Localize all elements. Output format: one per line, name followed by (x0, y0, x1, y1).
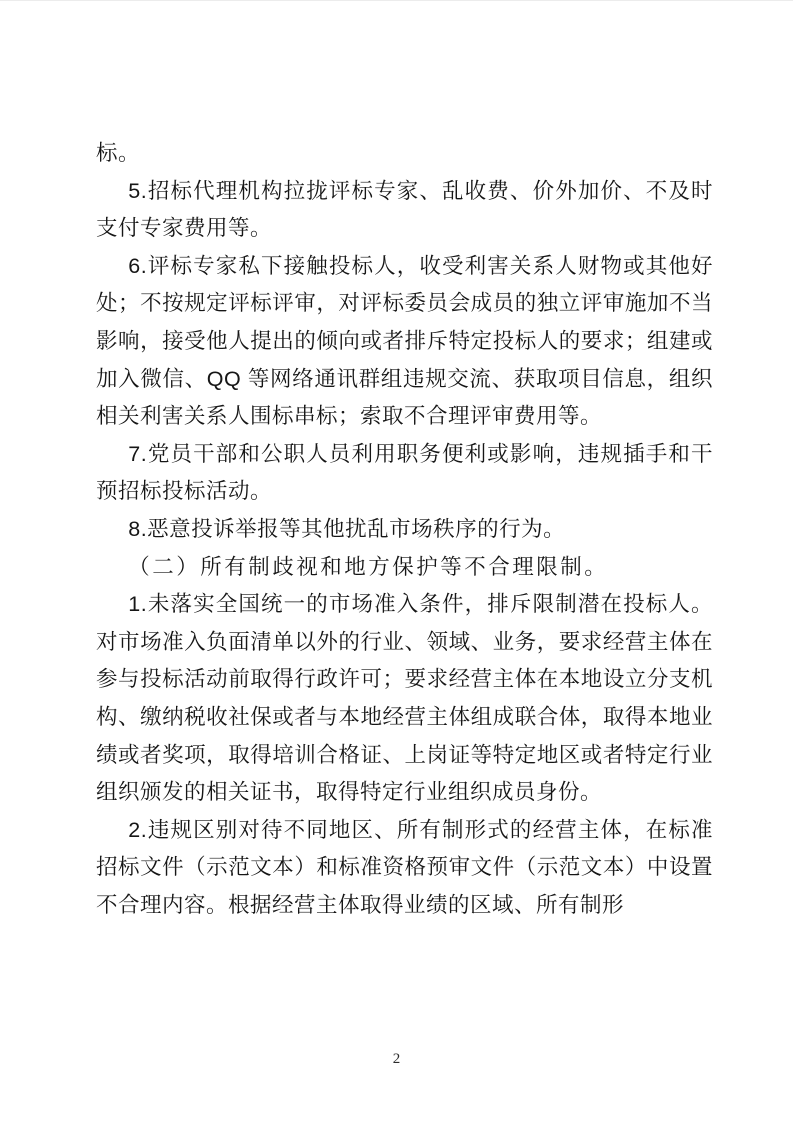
paragraph-item-7: 7.党员干部和公职人员利用职务便利或影响，违规插手和干预招标投标活动。 (96, 436, 713, 511)
paragraph-item-1: 1.未落实全国统一的市场准入条件，排斥限制潜在投标人。对市场准入负面清单以外的行… (96, 586, 713, 812)
page-number: 2 (393, 1051, 401, 1067)
document-body-text: 标。 5.招标代理机构拉拢评标专家、乱收费、价外加价、不及时支付专家费用等。 6… (96, 135, 713, 924)
page-footer: 2 (0, 1049, 793, 1069)
page-canvas: 标。 5.招标代理机构拉拢评标专家、乱收费、价外加价、不及时支付专家费用等。 6… (0, 1, 793, 1122)
section-heading-2: （二）所有制歧视和地方保护等不合理限制。 (96, 549, 713, 587)
paragraph-item-2: 2.违规区别对待不同地区、所有制形式的经营主体，在标准招标文件（示范文本）和标准… (96, 812, 713, 925)
paragraph-item-5: 5.招标代理机构拉拢评标专家、乱收费、价外加价、不及时支付专家费用等。 (96, 173, 713, 248)
paragraph-continuation: 标。 (96, 135, 713, 173)
paragraph-item-8: 8.恶意投诉举报等其他扰乱市场秩序的行为。 (96, 511, 713, 549)
paragraph-item-6: 6.评标专家私下接触投标人，收受利害关系人财物或其他好处；不按规定评标评审，对评… (96, 248, 713, 436)
document-page: { "document": { "paragraphs": [ { "text"… (0, 0, 793, 1122)
